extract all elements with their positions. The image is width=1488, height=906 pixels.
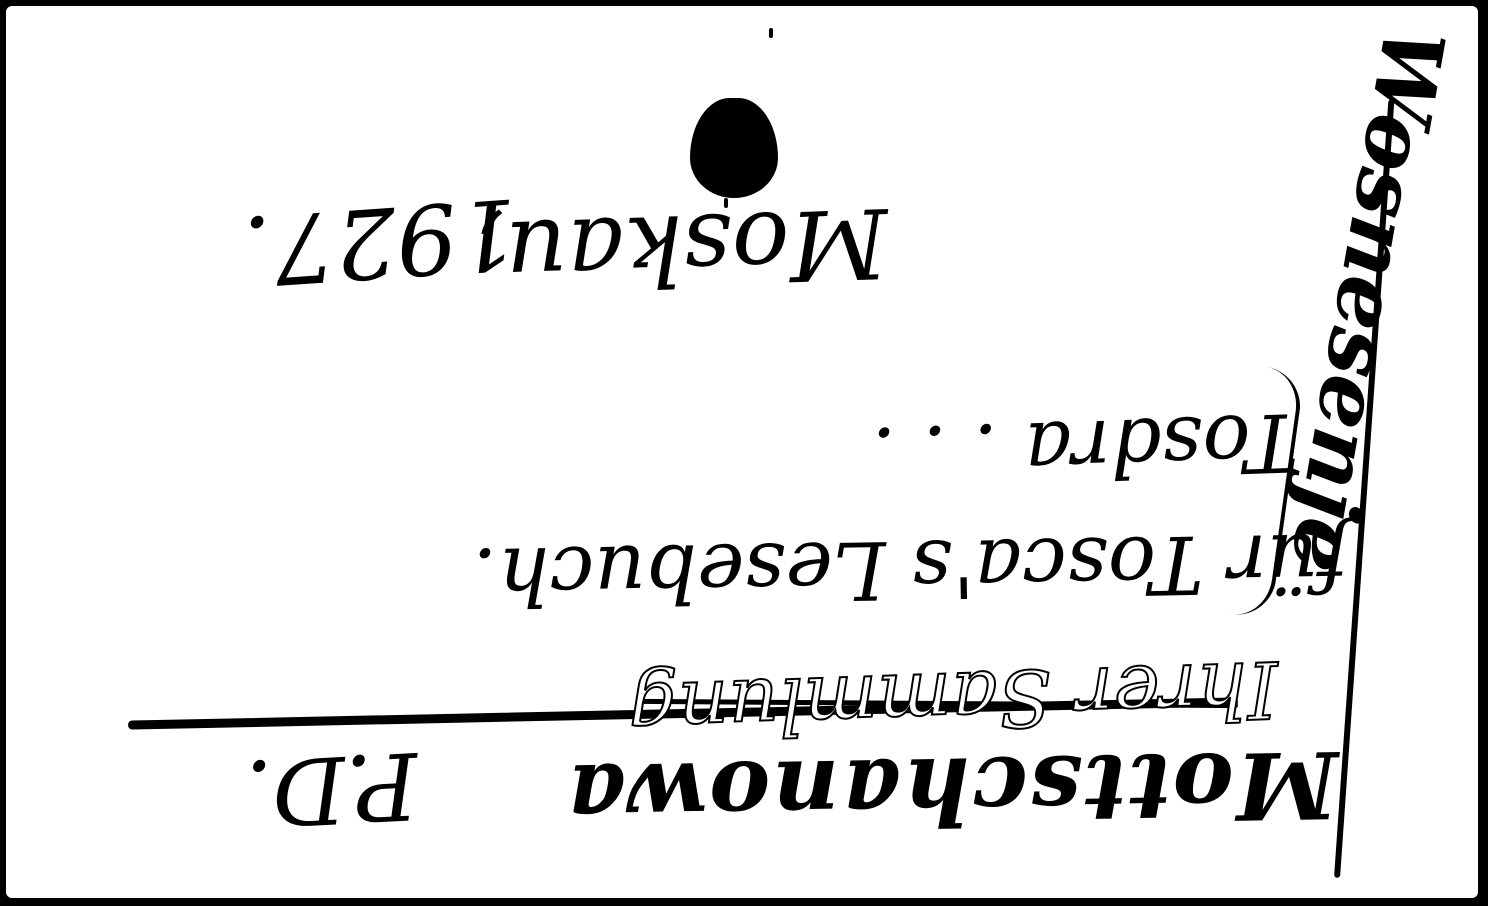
scanned-card: Mottschanowa P.D. Ihrer Sammlung für Tos… xyxy=(6,6,1478,898)
signature-initials: P.D. xyxy=(243,731,421,847)
margin-vertical-text: Wosnesenje xyxy=(1271,21,1464,581)
ink-speck xyxy=(724,198,728,208)
ink-blot-icon xyxy=(690,98,778,198)
place-text: Moskau, xyxy=(473,186,890,312)
card-content-rotated: Mottschanowa P.D. Ihrer Sammlung für Tos… xyxy=(6,6,1478,898)
dedication-line-4: Tosdra . . . xyxy=(871,395,1300,503)
dedication-line-3: für Tosca's Lesebuch. xyxy=(472,515,1349,623)
year-text: 1927. xyxy=(240,176,522,307)
ink-speck xyxy=(769,28,773,38)
